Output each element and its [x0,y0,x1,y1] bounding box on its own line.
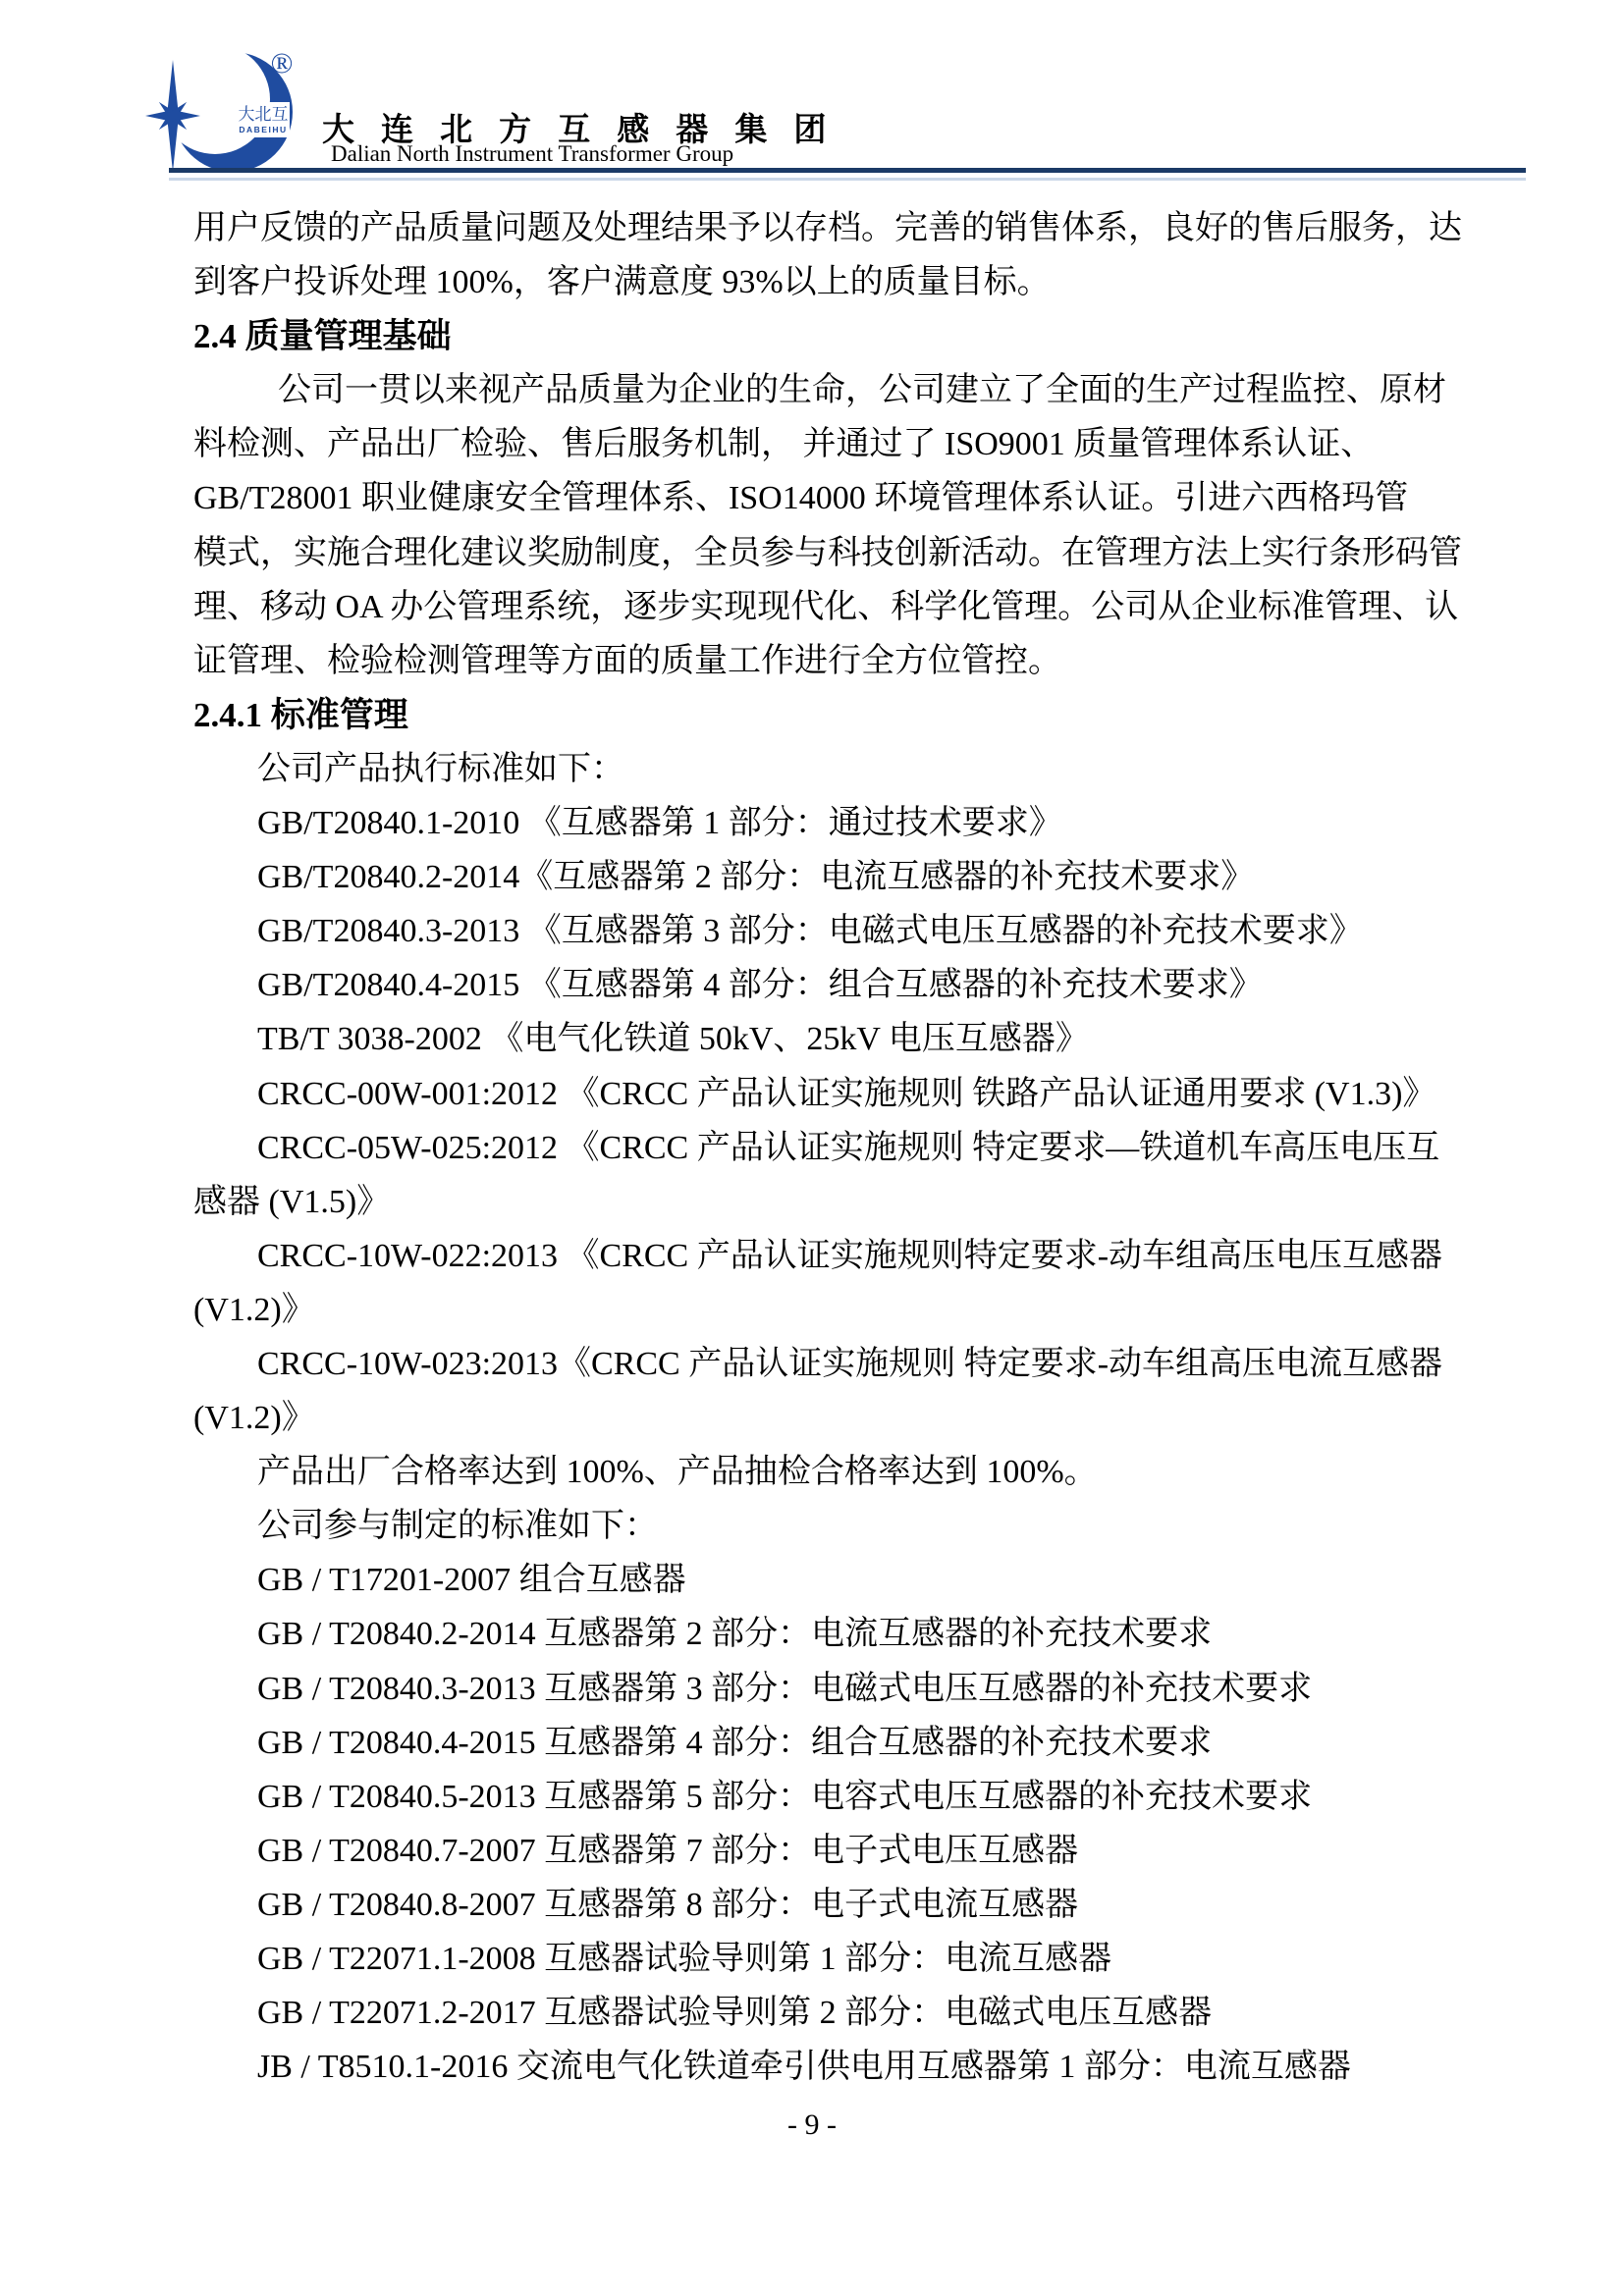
text-line: GB / T20840.8-2007 互感器第 8 部分：电子式电流互感器 [257,1878,1440,1932]
text-line: 到客户投诉处理 100%，客户满意度 93%以上的质量目标。 [193,255,1440,309]
section-heading: 2.4 质量管理基础 [193,309,1440,363]
text-line: CRCC-10W-022:2013 《CRCC 产品认证实施规则特定要求-动车组… [257,1229,1440,1283]
header-divider-light [169,178,1526,181]
text-line: GB / T20840.3-2013 互感器第 3 部分：电磁式电压互感器的补充… [257,1662,1440,1716]
page-number: - 9 - [0,2109,1624,2142]
logo-wordmark-en: DABEIHU [239,125,287,134]
section-heading: 2.4.1 标准管理 [193,688,1440,742]
text-line: GB / T20840.5-2013 互感器第 5 部分：电容式电压互感器的补充… [257,1770,1440,1824]
text-line: GB / T20840.7-2007 互感器第 7 部分：电子式电压互感器 [257,1824,1440,1878]
text-line: 公司一贯以来视产品质量为企业的生命，公司建立了全面的生产过程监控、原材 [278,363,1440,417]
text-line: GB/T20840.4-2015 《互感器第 4 部分：组合互感器的补充技术要求… [257,958,1440,1012]
logo-wordmark-cn: 大北互 [239,105,289,124]
text-line: 模式，实施合理化建议奖励制度，全员参与科技创新活动。在管理方法上实行条形码管 [193,526,1440,580]
text-line: GB/T28001 职业健康安全管理体系、ISO14000 环境管理体系认证。引… [193,471,1440,525]
text-line: GB / T22071.2-2017 互感器试验导则第 2 部分：电磁式电压互感… [257,1986,1440,2040]
text-line: TB/T 3038-2002 《电气化铁道 50kV、25kV 电压互感器》 [257,1012,1440,1066]
text-line: 理、移动 OA 办公管理系统，逐步实现现代化、科学化管理。公司从企业标准管理、认 [193,580,1440,634]
text-line: GB / T17201-2007 组合互感器 [257,1553,1440,1607]
text-line: 用户反馈的产品质量问题及处理结果予以存档。完善的销售体系，良好的售后服务，达 [193,201,1440,255]
text-line: GB / T20840.2-2014 互感器第 2 部分：电流互感器的补充技术要… [257,1607,1440,1661]
header-divider [169,168,1526,173]
document-page: 大北互 DABEIHU ® 大 连 北 方 互 感 器 集 团 Dalian N… [0,0,1624,2296]
document-body: 用户反馈的产品质量问题及处理结果予以存档。完善的销售体系，良好的售后服务，达到客… [193,201,1440,2094]
text-line: CRCC-05W-025:2012 《CRCC 产品认证实施规则 特定要求—铁道… [257,1121,1440,1175]
text-line: JB / T8510.1-2016 交流电气化铁道牵引供电用互感器第 1 部分：… [257,2040,1440,2094]
text-line: 料检测、产品出厂检验、售后服务机制， 并通过了 ISO9001 质量管理体系认证… [193,417,1440,471]
text-line: GB / T22071.1-2008 互感器试验导则第 1 部分：电流互感器 [257,1932,1440,1986]
text-line: GB/T20840.1-2010 《互感器第 1 部分：通过技术要求》 [257,796,1440,850]
text-line: (V1.2)》 [193,1283,1440,1337]
page-header: 大北互 DABEIHU ® 大 连 北 方 互 感 器 集 团 Dalian N… [0,0,1624,187]
text-line: 证管理、检验检测管理等方面的质量工作进行全方位管控。 [193,634,1440,688]
company-logo: 大北互 DABEIHU ® [137,27,304,177]
text-line: 公司参与制定的标准如下： [257,1499,1440,1553]
text-line: GB/T20840.3-2013 《互感器第 3 部分：电磁式电压互感器的补充技… [257,904,1440,958]
text-line: 感器 (V1.5)》 [193,1175,1440,1229]
text-line: CRCC-10W-023:2013《CRCC 产品认证实施规则 特定要求-动车组… [257,1337,1440,1391]
registered-trademark-icon: ® [271,47,294,80]
text-line: (V1.2)》 [193,1391,1440,1445]
text-line: 产品出厂合格率达到 100%、产品抽检合格率达到 100%。 [257,1445,1440,1499]
text-line: 公司产品执行标准如下： [257,742,1440,796]
company-title-en: Dalian North Instrument Transformer Grou… [331,141,733,167]
text-line: CRCC-00W-001:2012 《CRCC 产品认证实施规则 铁路产品认证通… [257,1067,1440,1121]
text-line: GB / T20840.4-2015 互感器第 4 部分：组合互感器的补充技术要… [257,1716,1440,1770]
text-line: GB/T20840.2-2014《互感器第 2 部分：电流互感器的补充技术要求》 [257,850,1440,904]
